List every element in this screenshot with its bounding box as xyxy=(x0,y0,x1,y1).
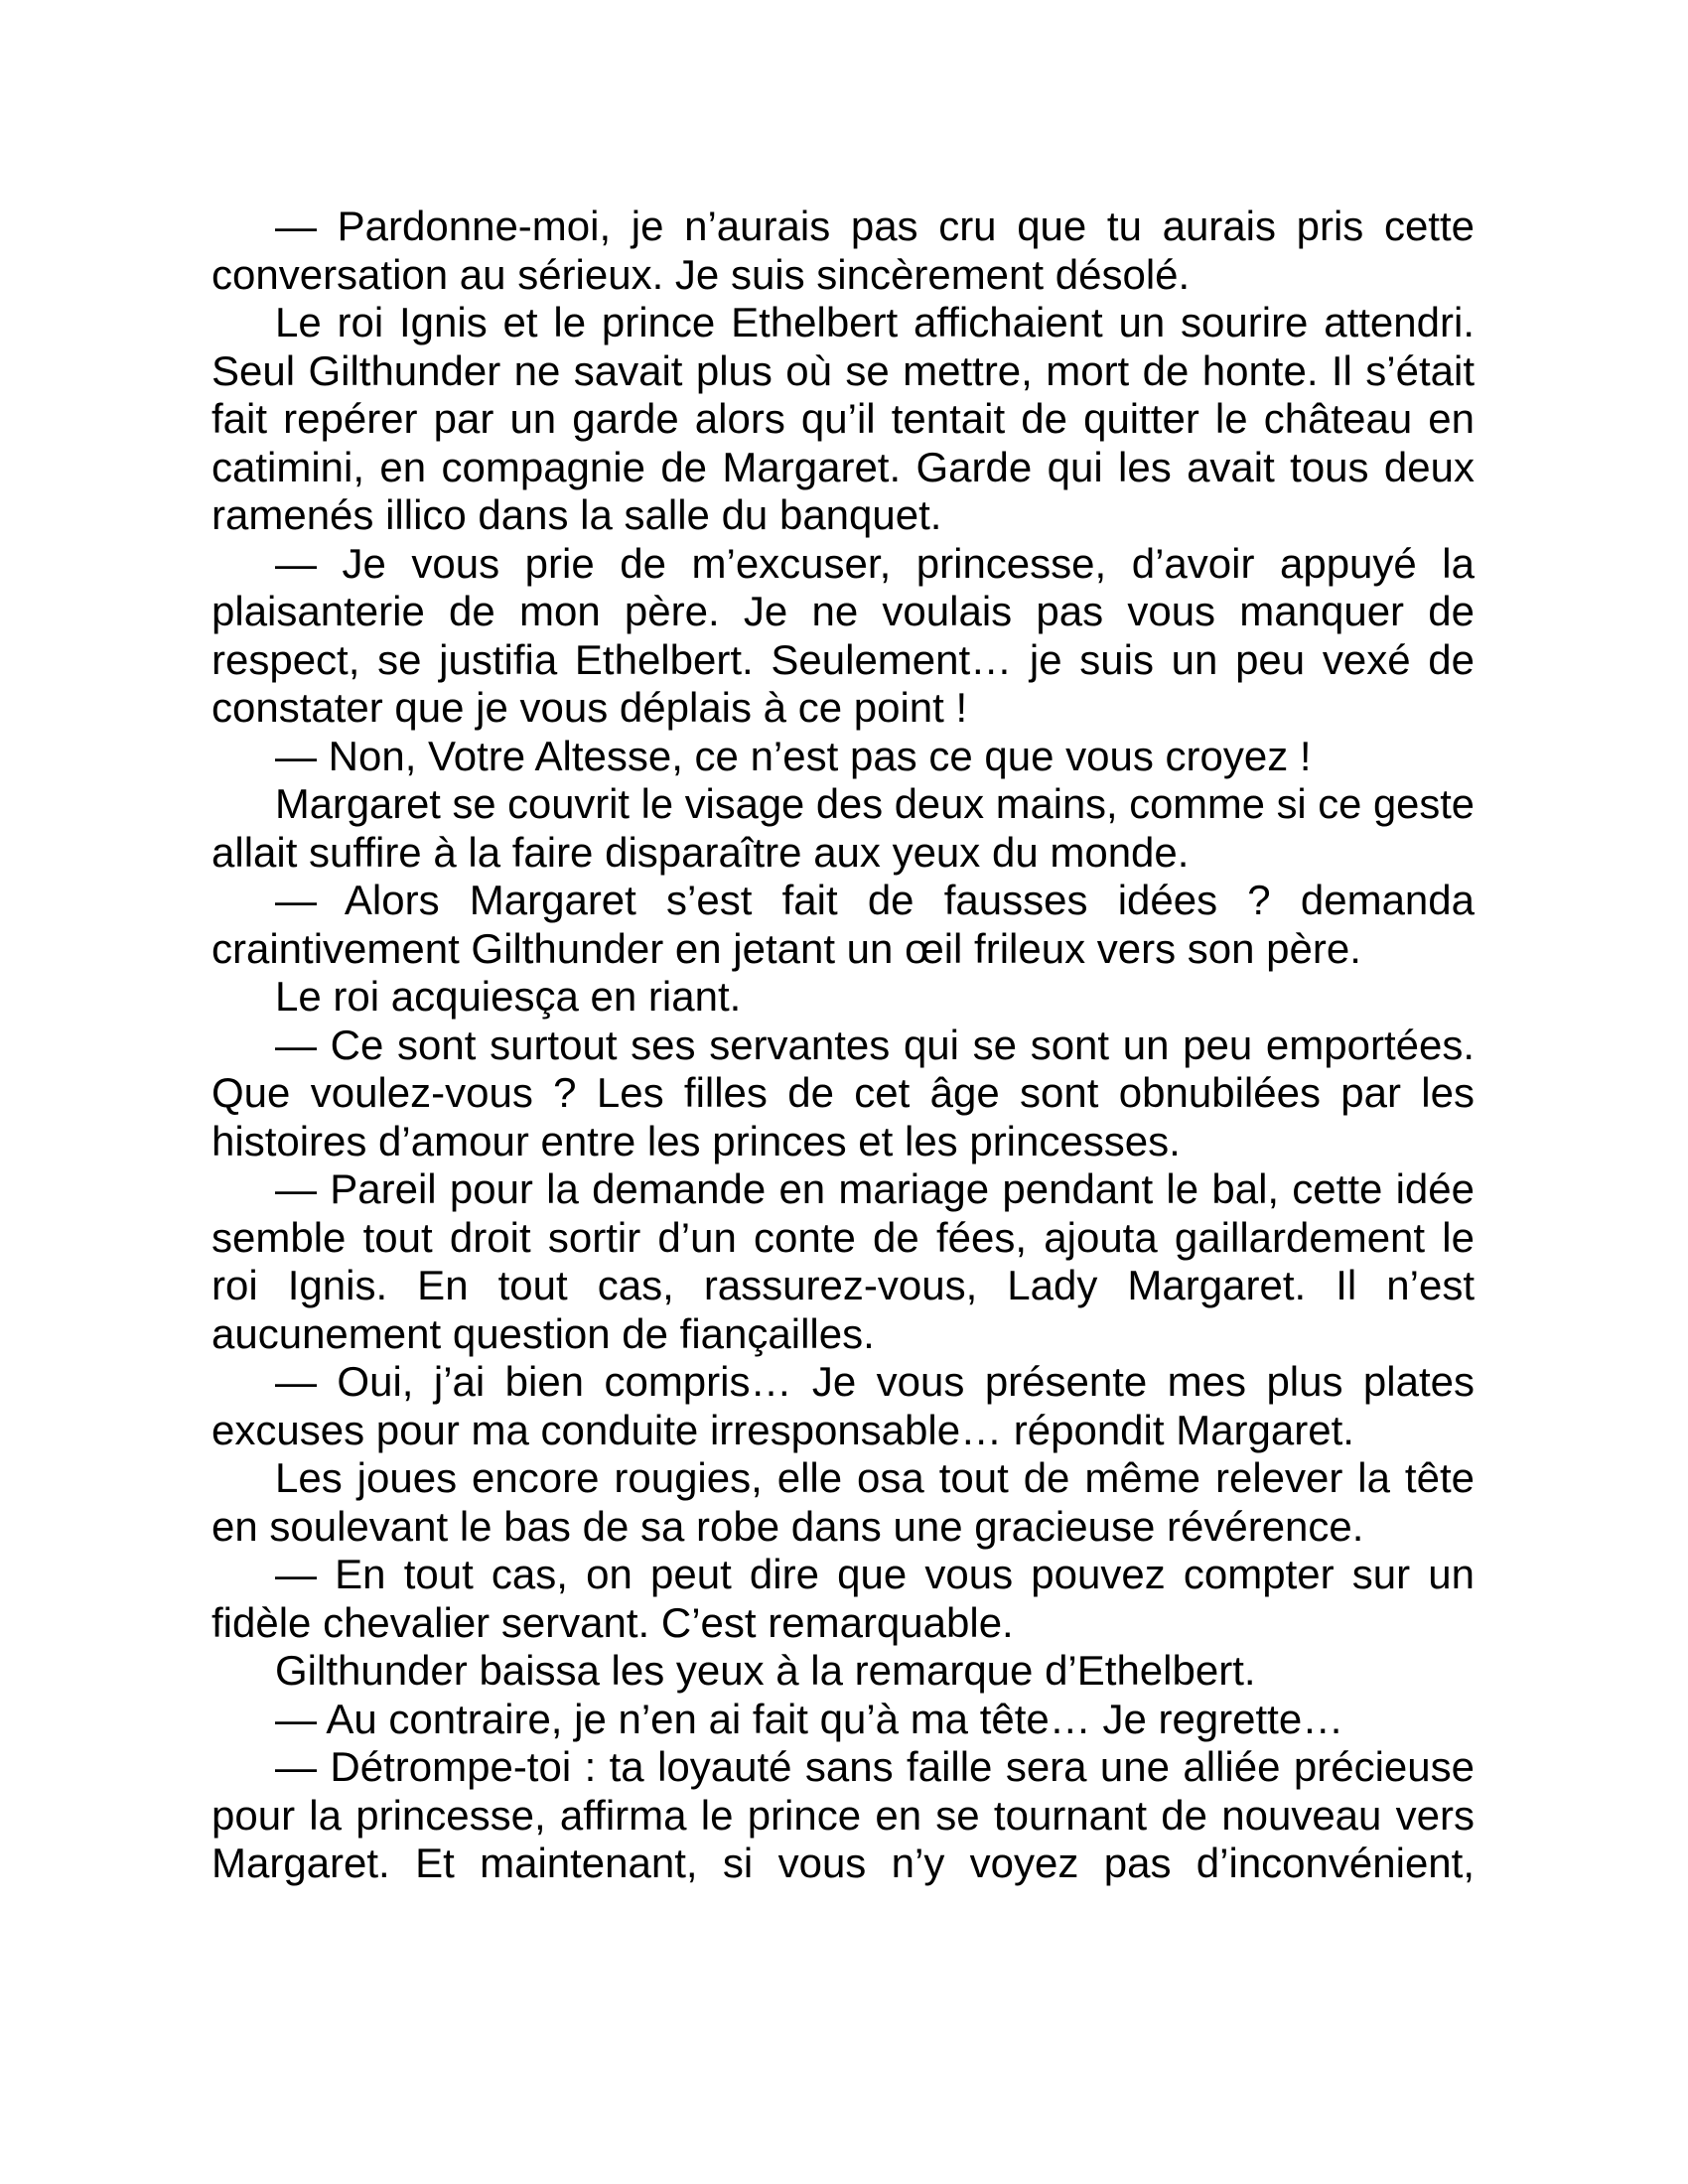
paragraph: — Je vous prie de m’excuser, princesse, … xyxy=(211,540,1475,733)
text-line: — Détrompe-toi : ta loyauté sans faille … xyxy=(211,1743,1475,1792)
text-line: fait repérer par un garde alors qu’il te… xyxy=(211,395,1475,444)
text-line: constater que je vous déplais à ce point… xyxy=(211,684,1475,733)
text-line: — Non, Votre Altesse, ce n’est pas ce qu… xyxy=(211,733,1475,781)
text-line: conversation au sérieux. Je suis sincère… xyxy=(211,251,1475,300)
text-line: plaisanterie de mon père. Je ne voulais … xyxy=(211,588,1475,636)
text-line: allait suffire à la faire disparaître au… xyxy=(211,829,1475,878)
paragraph: — Au contraire, je n’en ai fait qu’à ma … xyxy=(211,1696,1475,1744)
paragraph: — En tout cas, on peut dire que vous pou… xyxy=(211,1551,1475,1647)
text-line: — Oui, j’ai bien compris… Je vous présen… xyxy=(211,1358,1475,1407)
text-line: — En tout cas, on peut dire que vous pou… xyxy=(211,1551,1475,1599)
text-line: — Pareil pour la demande en mariage pend… xyxy=(211,1165,1475,1214)
paragraph: — Ce sont surtout ses servantes qui se s… xyxy=(211,1022,1475,1166)
text-line: ramenés illico dans la salle du banquet. xyxy=(211,491,1475,540)
text-line: Le roi acquiesça en riant. xyxy=(211,973,1475,1022)
text-line: Margaret. Et maintenant, si vous n’y voy… xyxy=(211,1840,1475,1888)
text-line: — Alors Margaret s’est fait de fausses i… xyxy=(211,877,1475,925)
paragraph: — Pardonne-moi, je n’aurais pas cru que … xyxy=(211,203,1475,299)
text-line: en soulevant le bas de sa robe dans une … xyxy=(211,1503,1475,1552)
paragraph: — Détrompe-toi : ta loyauté sans faille … xyxy=(211,1743,1475,1888)
text-line: aucunement question de fiançailles. xyxy=(211,1310,1475,1359)
paragraph: Le roi Ignis et le prince Ethelbert affi… xyxy=(211,299,1475,540)
text-line: Seul Gilthunder ne savait plus où se met… xyxy=(211,347,1475,396)
text-line: catimini, en compagnie de Margaret. Gard… xyxy=(211,444,1475,492)
text-line: — Je vous prie de m’excuser, princesse, … xyxy=(211,540,1475,589)
text-line: respect, se justifia Ethelbert. Seulemen… xyxy=(211,636,1475,685)
document-page: — Pardonne-moi, je n’aurais pas cru que … xyxy=(0,0,1688,2184)
text-line: — Ce sont surtout ses servantes qui se s… xyxy=(211,1022,1475,1070)
text-line: Que voulez-vous ? Les filles de cet âge … xyxy=(211,1069,1475,1118)
text-line: excuses pour ma conduite irresponsable… … xyxy=(211,1407,1475,1455)
text-line: fidèle chevalier servant. C’est remarqua… xyxy=(211,1599,1475,1648)
text-line: pour la princesse, affirma le prince en … xyxy=(211,1792,1475,1841)
text-line: — Au contraire, je n’en ai fait qu’à ma … xyxy=(211,1696,1475,1744)
paragraph: — Non, Votre Altesse, ce n’est pas ce qu… xyxy=(211,733,1475,781)
paragraph: — Pareil pour la demande en mariage pend… xyxy=(211,1165,1475,1358)
text-line: roi Ignis. En tout cas, rassurez-vous, L… xyxy=(211,1262,1475,1310)
paragraph: Le roi acquiesça en riant. xyxy=(211,973,1475,1022)
text-line: — Pardonne-moi, je n’aurais pas cru que … xyxy=(211,203,1475,251)
paragraph: — Alors Margaret s’est fait de fausses i… xyxy=(211,877,1475,973)
paragraph: Gilthunder baissa les yeux à la remarque… xyxy=(211,1647,1475,1696)
paragraph: Les joues encore rougies, elle osa tout … xyxy=(211,1454,1475,1551)
text-line: histoires d’amour entre les princes et l… xyxy=(211,1118,1475,1166)
paragraph: — Oui, j’ai bien compris… Je vous présen… xyxy=(211,1358,1475,1454)
text-line: Gilthunder baissa les yeux à la remarque… xyxy=(211,1647,1475,1696)
body-text: — Pardonne-moi, je n’aurais pas cru que … xyxy=(211,203,1475,1888)
text-line: Les joues encore rougies, elle osa tout … xyxy=(211,1454,1475,1503)
paragraph: Margaret se couvrit le visage des deux m… xyxy=(211,780,1475,877)
text-line: Le roi Ignis et le prince Ethelbert affi… xyxy=(211,299,1475,347)
text-line: craintivement Gilthunder en jetant un œi… xyxy=(211,925,1475,974)
text-line: semble tout droit sortir d’un conte de f… xyxy=(211,1214,1475,1263)
text-line: Margaret se couvrit le visage des deux m… xyxy=(211,780,1475,829)
